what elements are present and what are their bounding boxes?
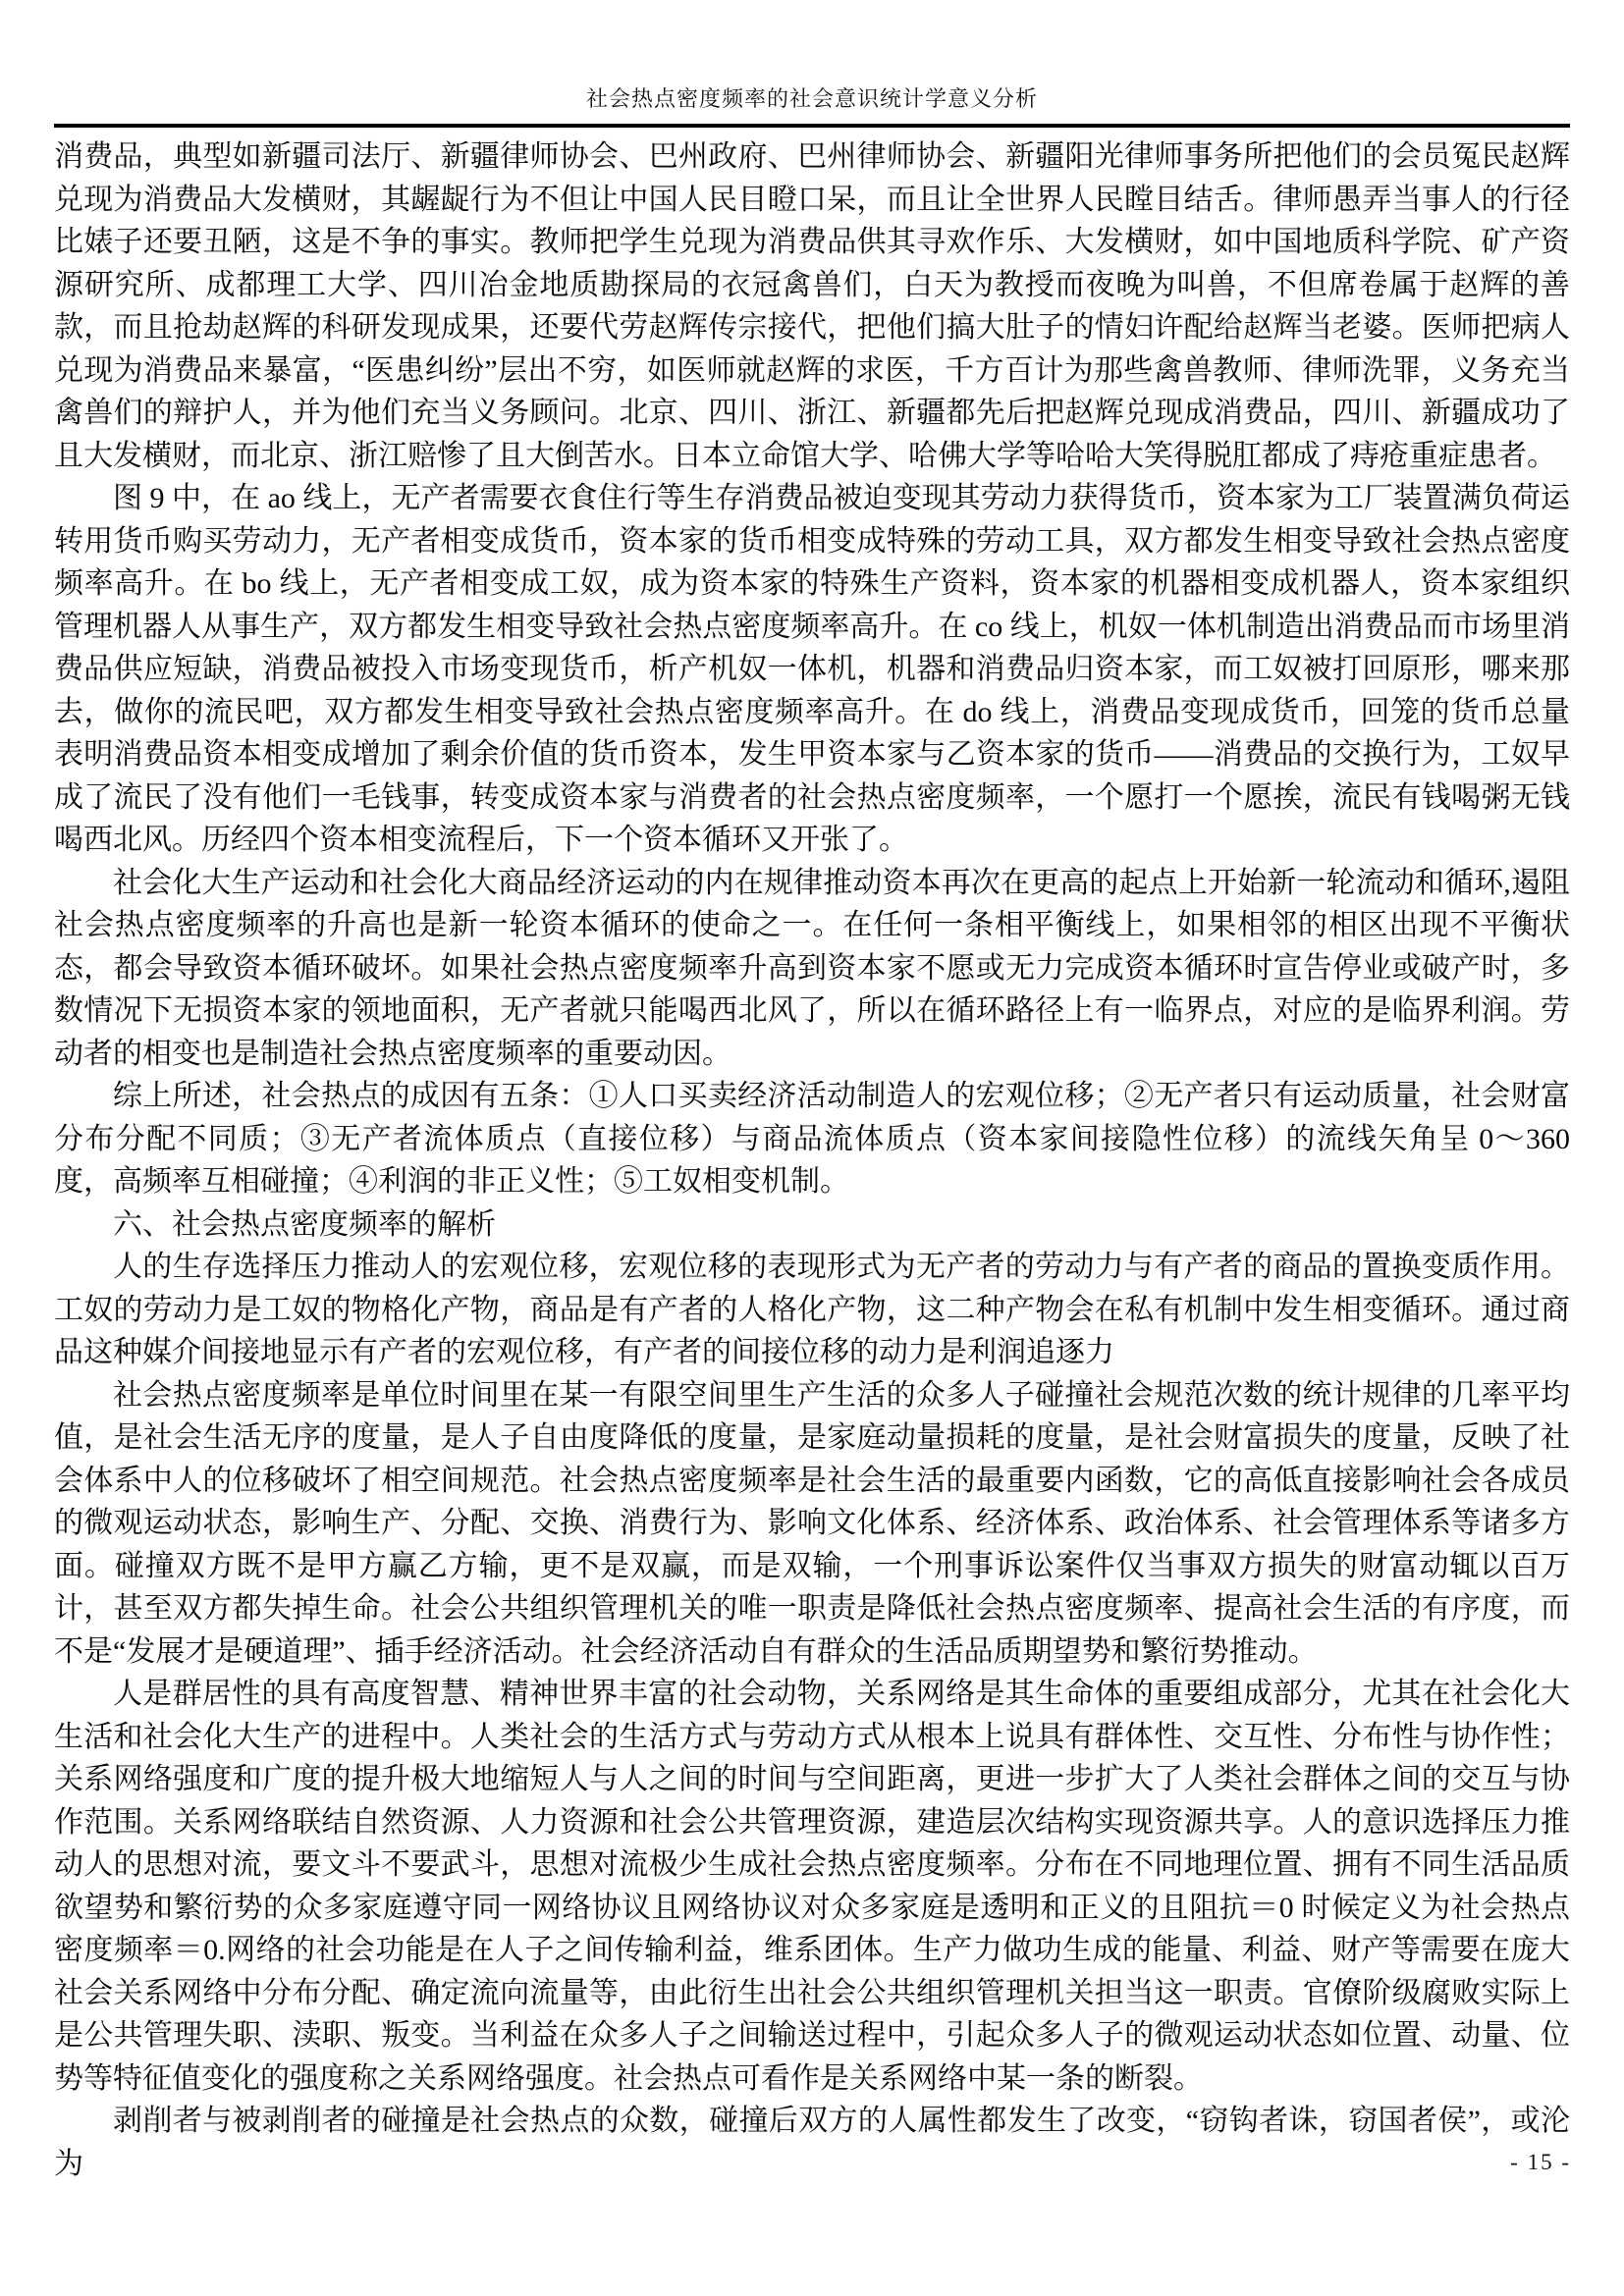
paragraph: 社会化大生产运动和社会化大商品经济运动的内在规律推动资本再次在更高的起点上开始新… — [54, 862, 1570, 1076]
paragraph: 人的生存选择压力推动人的宏观位移，宏观位移的表现形式为无产者的劳动力与有产者的商… — [54, 1246, 1570, 1374]
document-body: 消费品，典型如新疆司法厅、新疆律师协会、巴州政府、巴州律师协会、新疆阳光律师事务… — [54, 135, 1570, 2185]
header-rule — [54, 124, 1570, 128]
page-footer: - 15 - — [54, 2150, 1571, 2175]
paragraph: 消费品，典型如新疆司法厅、新疆律师协会、巴州政府、巴州律师协会、新疆阳光律师事务… — [54, 135, 1570, 477]
paragraph: 综上所述，社会热点的成因有五条：①人口买卖经济活动制造人的宏观位移；②无产者只有… — [54, 1075, 1570, 1203]
running-header: 社会热点密度频率的社会意识统计学意义分析 — [0, 0, 1624, 112]
paragraph: 社会热点密度频率是单位时间里在某一有限空间里生产生活的众多人子碰撞社会规范次数的… — [54, 1374, 1570, 1674]
document-page: 社会热点密度频率的社会意识统计学意义分析 消费品，典型如新疆司法厅、新疆律师协会… — [0, 0, 1624, 2296]
section-heading: 六、社会热点密度频率的解析 — [54, 1203, 1570, 1247]
paragraph: 人是群居性的具有高度智慧、精神世界丰富的社会动物，关系网络是其生命体的重要组成部… — [54, 1673, 1570, 2100]
page-title: 社会热点密度频率的社会意识统计学意义分析 — [586, 86, 1038, 111]
paragraph: 图 9 中，在 ao 线上，无产者需要衣食住行等生存消费品被迫变现其劳动力获得货… — [54, 477, 1570, 862]
page-number: - 15 - — [1510, 2150, 1571, 2174]
